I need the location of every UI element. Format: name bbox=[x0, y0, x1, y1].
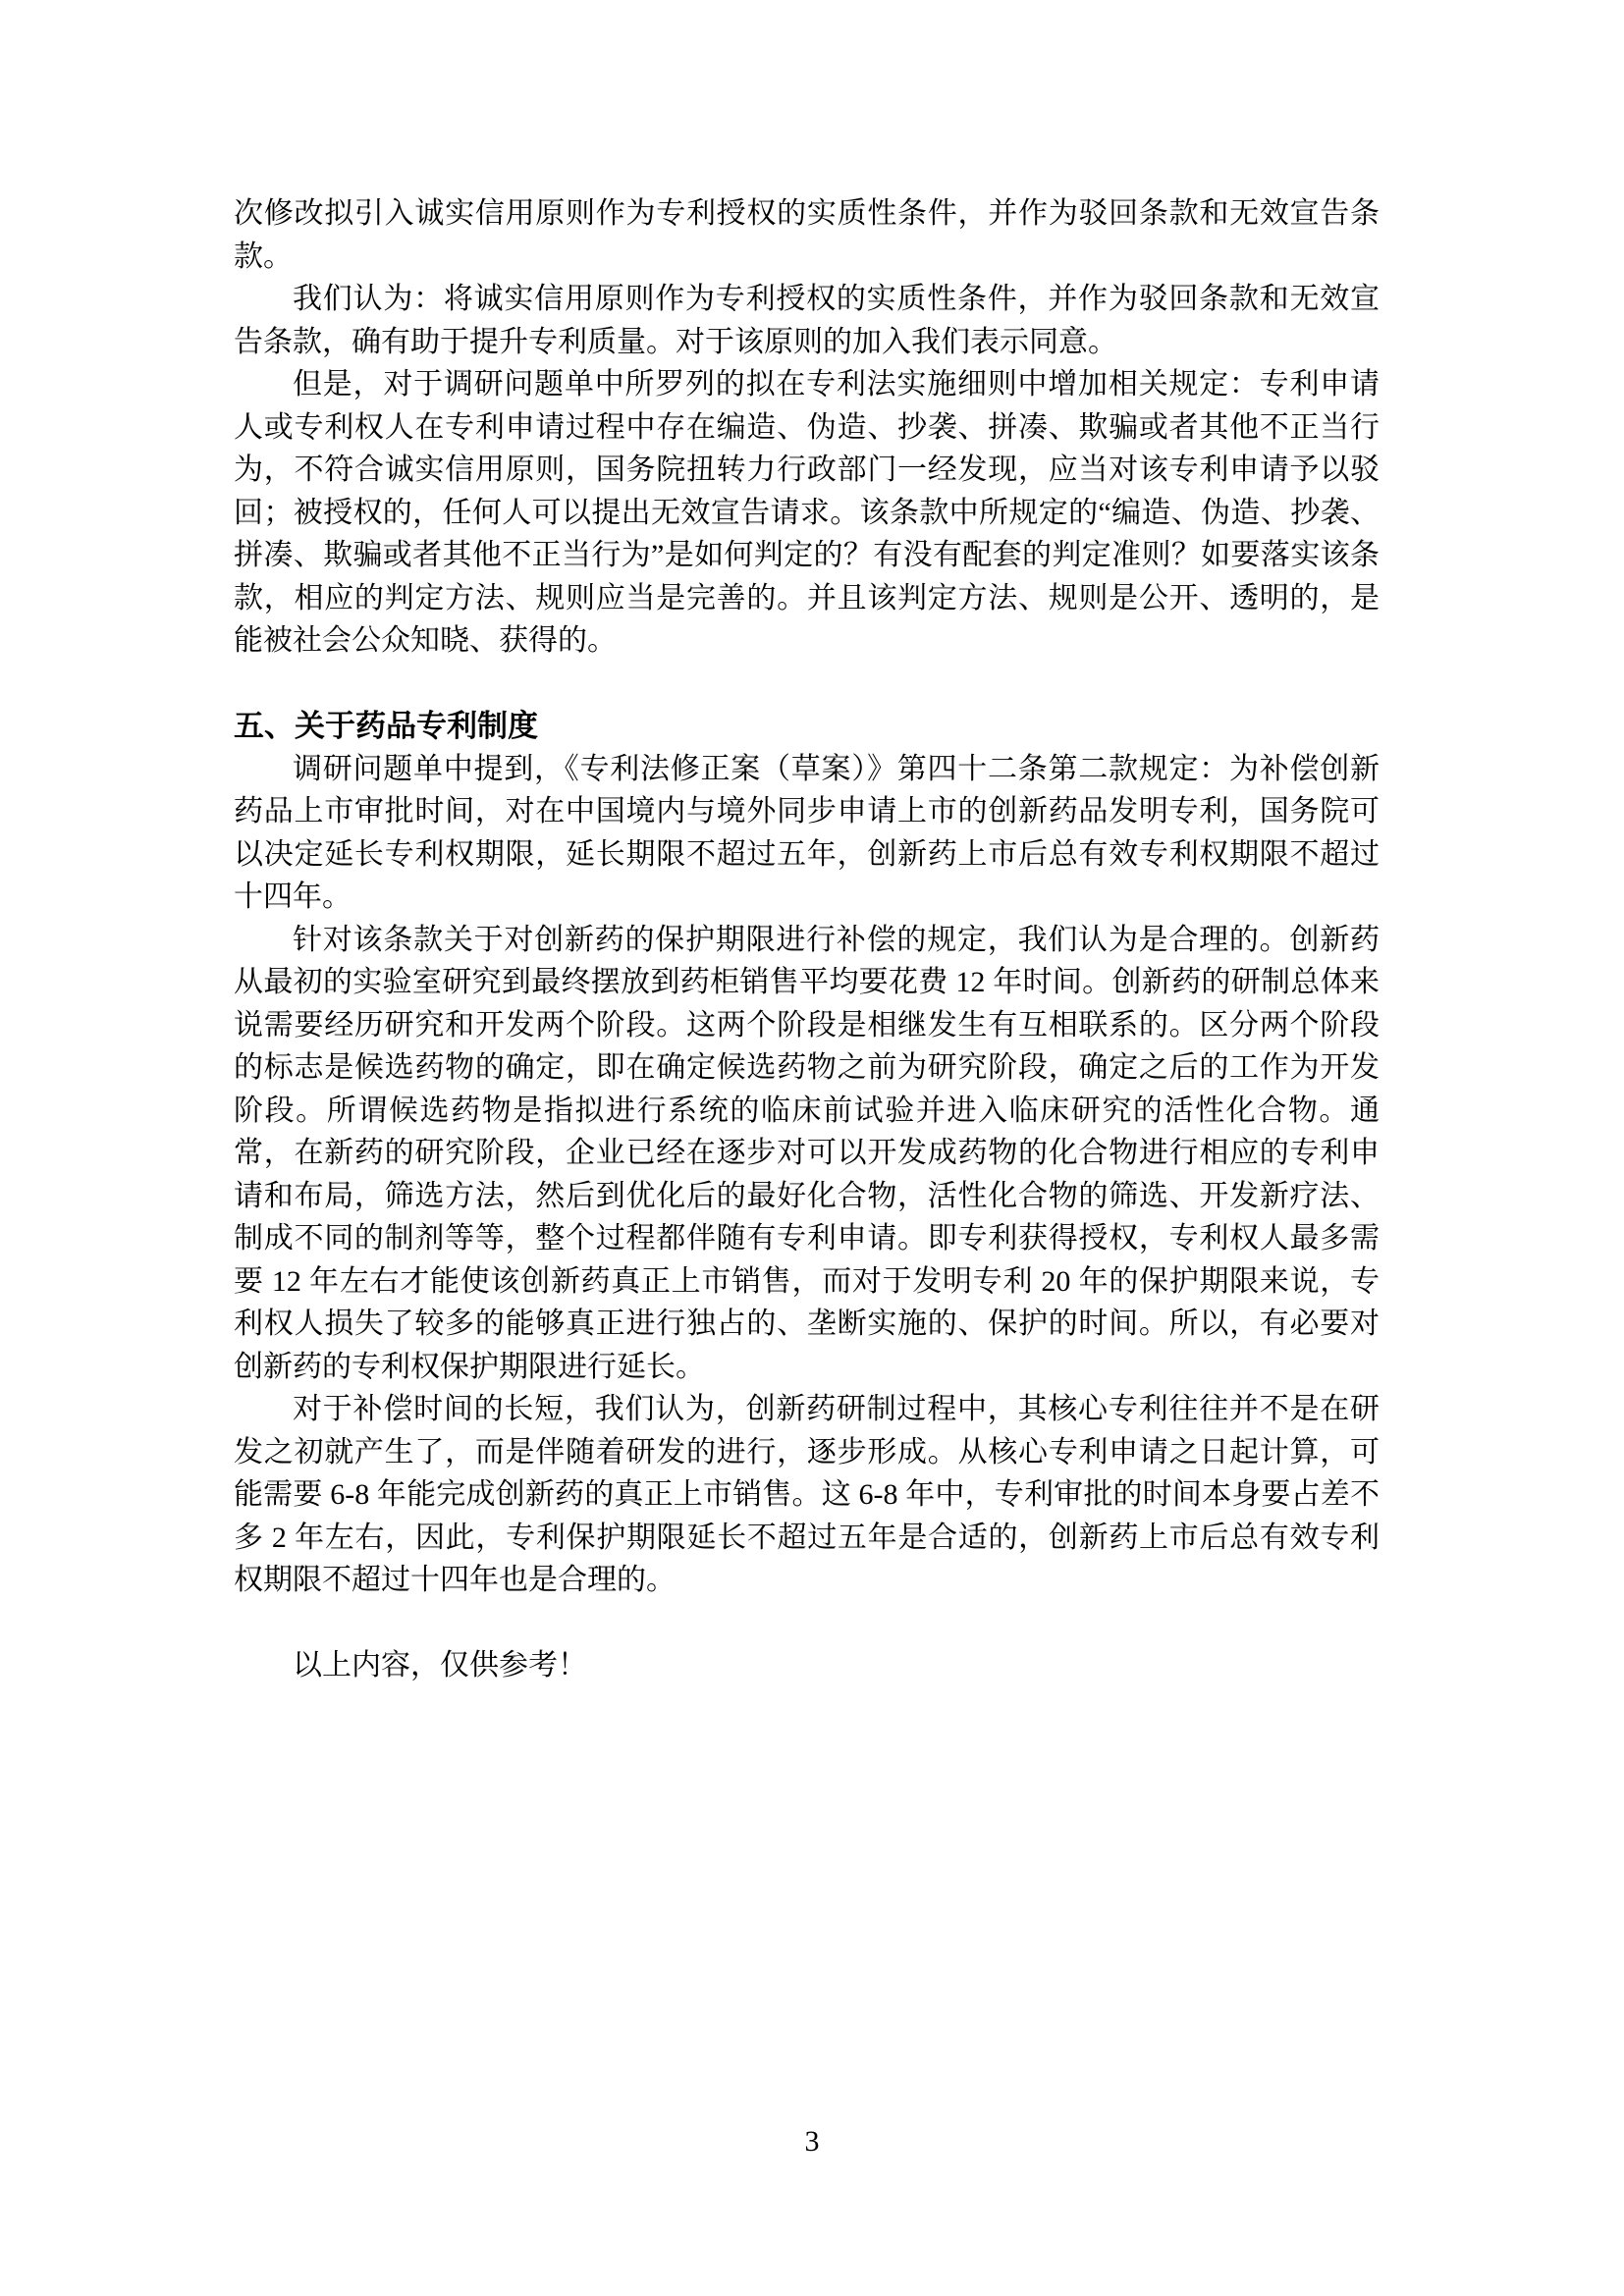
section-heading: 五、关于药品专利制度 bbox=[234, 705, 1380, 748]
document-body: 次修改拟引入诚实信用原则作为专利授权的实质性条件，并作为驳回条款和无效宣告条款。… bbox=[234, 192, 1380, 1687]
paragraph-closing: 以上内容，仅供参考！ bbox=[234, 1644, 1380, 1687]
document-page: 次修改拟引入诚实信用原则作为专利授权的实质性条件，并作为驳回条款和无效宣告条款。… bbox=[0, 0, 1624, 2296]
paragraph-analysis: 针对该条款关于对创新药的保护期限进行补偿的规定，我们认为是合理的。创新药从最初的… bbox=[234, 919, 1380, 1389]
paragraph-opinion: 我们认为：将诚实信用原则作为专利授权的实质性条件，并作为驳回条款和无效宣告条款，… bbox=[234, 278, 1380, 363]
page-number: 3 bbox=[805, 2125, 820, 2158]
paragraph-continuation: 次修改拟引入诚实信用原则作为专利授权的实质性条件，并作为驳回条款和无效宣告条款。 bbox=[234, 192, 1380, 278]
page-footer: 3 bbox=[0, 2124, 1624, 2160]
paragraph-however: 但是，对于调研问题单中所罗列的拟在专利法实施细则中增加相关规定：专利申请人或专利… bbox=[234, 363, 1380, 663]
paragraph-duration: 对于补偿时间的长短，我们认为，创新药研制过程中，其核心专利往往并不是在研发之初就… bbox=[234, 1388, 1380, 1602]
paragraph-survey: 调研问题单中提到，《专利法修正案（草案）》第四十二条第二款规定：为补偿创新药品上… bbox=[234, 748, 1380, 919]
